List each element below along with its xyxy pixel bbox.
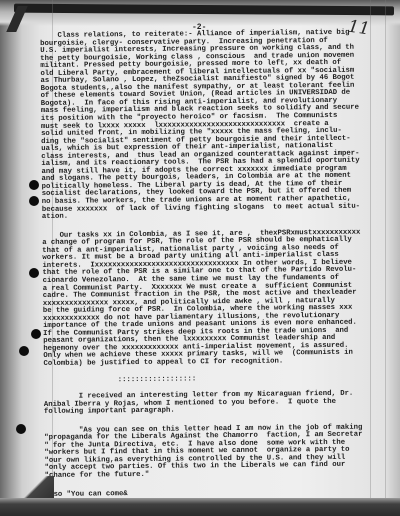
document-body: Class relations, to reiterate:- Alliance… bbox=[40, 30, 375, 500]
punch-hole bbox=[29, 196, 39, 206]
paragraph-quoted-paragraph: "As you can see on this letter head I am… bbox=[44, 424, 375, 480]
punch-hole bbox=[16, 424, 26, 434]
punch-hole bbox=[31, 329, 41, 339]
punch-hole bbox=[29, 180, 39, 190]
punch-hole bbox=[29, 268, 39, 278]
paragraph-our-tasks: Our tasks xx in Colombia, as I see it, a… bbox=[42, 229, 373, 368]
paragraph-class-relations: Class relations, to reiterate:- Alliance… bbox=[40, 30, 372, 222]
document-page: -2- 11 Class relations, to reiterate:- A… bbox=[0, 0, 400, 516]
scan-line bbox=[385, 0, 386, 516]
punch-hole bbox=[19, 346, 29, 356]
scan-bottom-shadow bbox=[0, 498, 400, 516]
